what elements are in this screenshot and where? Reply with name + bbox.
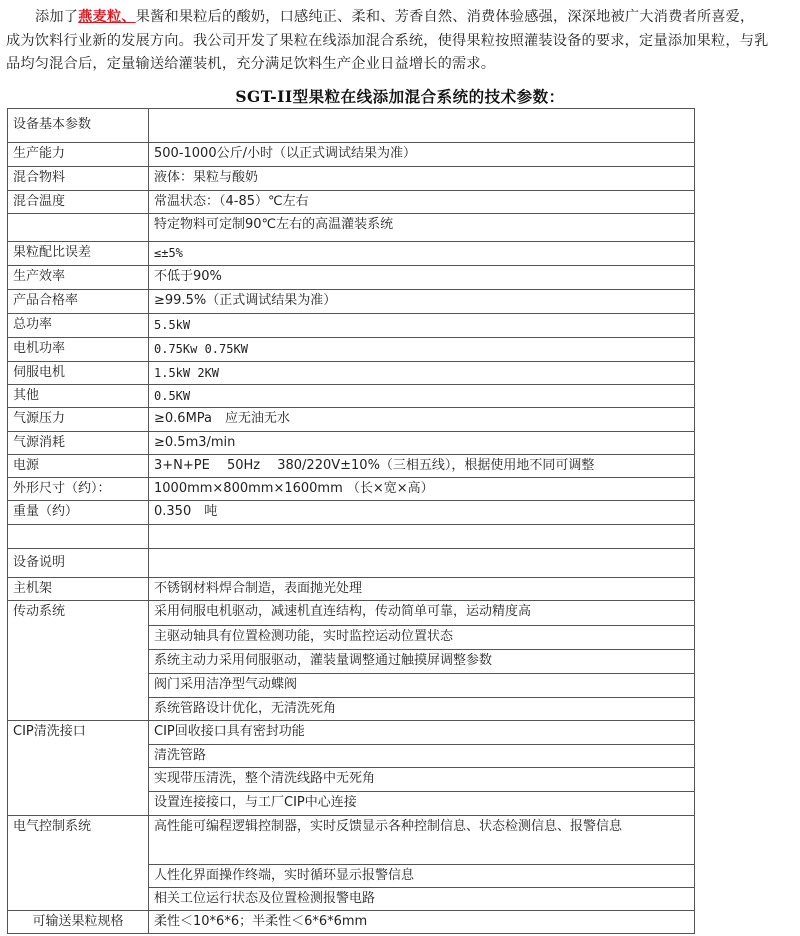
table-row-section-basic: 设备基本参数	[8, 109, 695, 143]
row-value: 5.5kW	[149, 314, 695, 338]
table-row: 伺服电机 1.5kW 2KW	[8, 362, 695, 385]
intro-line-3: 品均匀混合后，定量输送给灌装机，充分满足饮料生产企业日益增长的需求。	[6, 53, 798, 77]
row-value: 1000mm×800mm×1600mm （长×宽×高）	[149, 478, 695, 501]
row-value: 柔性＜10*6*6；半柔性＜6*6*6mm	[149, 911, 695, 934]
row-value: CIP回收接口具有密封功能	[149, 721, 695, 745]
row-value: 液体：果粒与酸奶	[149, 167, 695, 191]
empty-cell	[8, 525, 149, 549]
row-value: 清洗管路	[149, 745, 695, 768]
row-value: 0.75Kw 0.75KW	[149, 338, 695, 362]
table-row: 混合物料 液体：果粒与酸奶	[8, 167, 695, 191]
intro-line-2: 成为饮料行业新的发展方向。我公司开发了果粒在线添加混合系统，使得果粒按照灌装设备…	[6, 30, 798, 54]
table-row: 其他 0.5KW	[8, 385, 695, 408]
row-value: 0.5KW	[149, 385, 695, 408]
section-header-description: 设备说明	[8, 549, 149, 578]
row-value: ≥0.5m3/min	[149, 432, 695, 455]
table-row: 生产能力 500-1000公斤/小时（以正式调试结果为准）	[8, 143, 695, 167]
empty-cell	[149, 109, 695, 143]
row-value: ≥0.6MPa 应无油无水	[149, 408, 695, 432]
table-row: 主机架 不锈钢材料焊合制造，表面抛光处理	[8, 578, 695, 601]
section-header-basic: 设备基本参数	[8, 109, 149, 143]
row-value: 高性能可编程逻辑控制器，实时反馈显示各种控制信息、状态检测信息、报警信息	[149, 816, 695, 865]
row-value: 常温状态：（4-85）℃左右	[149, 191, 695, 214]
row-label: 气源压力	[8, 408, 149, 432]
row-value: 相关工位运行状态及位置检测报警电路	[149, 888, 695, 911]
row-label: 伺服电机	[8, 362, 149, 385]
row-label: CIP清洗接口	[8, 721, 149, 816]
row-value: 3+N+PE 50Hz 380/220V±10%（三相五线），根据使用地不同可调…	[149, 455, 695, 478]
table-row-section-desc: 设备说明	[8, 549, 695, 578]
row-label: 气源消耗	[8, 432, 149, 455]
highlight-link[interactable]: 燕麦粒、	[78, 9, 136, 25]
row-label: 生产能力	[8, 143, 149, 167]
row-label: 混合物料	[8, 167, 149, 191]
row-value: 系统管路设计优化，无清洗死角	[149, 698, 695, 721]
row-label: 可输送果粒规格	[8, 911, 149, 934]
row-value: 阀门采用洁净型气动蝶阀	[149, 674, 695, 698]
row-value: 实现带压清洗，整个清洗线路中无死角	[149, 768, 695, 792]
spec-table: 设备基本参数 生产能力 500-1000公斤/小时（以正式调试结果为准） 混合物…	[7, 108, 695, 934]
row-label	[8, 214, 149, 242]
row-value: 特定物料可定制90℃左右的高温灌装系统	[149, 214, 695, 242]
row-label: 电气控制系统	[8, 816, 149, 911]
table-row: 电气控制系统 高性能可编程逻辑控制器，实时反馈显示各种控制信息、状态检测信息、报…	[8, 816, 695, 865]
table-row: 外形尺寸（约）： 1000mm×800mm×1600mm （长×宽×高）	[8, 478, 695, 501]
empty-cell	[149, 525, 695, 549]
table-row: 电源 3+N+PE 50Hz 380/220V±10%（三相五线），根据使用地不…	[8, 455, 695, 478]
row-label: 电机功率	[8, 338, 149, 362]
row-label: 其他	[8, 385, 149, 408]
row-label: 电源	[8, 455, 149, 478]
table-row: 传动系统 采用伺服电机驱动，减速机直连结构，传动简单可靠，运动精度高	[8, 601, 695, 626]
row-label: 混合温度	[8, 191, 149, 214]
row-value: 1.5kW 2KW	[149, 362, 695, 385]
row-label: 传动系统	[8, 601, 149, 721]
table-row: 产品合格率 ≥99.5%（正式调试结果为准）	[8, 290, 695, 314]
table-row: CIP清洗接口 CIP回收接口具有密封功能	[8, 721, 695, 745]
table-row: 电机功率 0.75Kw 0.75KW	[8, 338, 695, 362]
row-value: 0.350 吨	[149, 501, 695, 525]
row-label: 总功率	[8, 314, 149, 338]
table-row: 混合温度 常温状态：（4-85）℃左右	[8, 191, 695, 214]
intro-prefix: 添加了	[35, 9, 78, 25]
table-row: 可输送果粒规格 柔性＜10*6*6；半柔性＜6*6*6mm	[8, 911, 695, 934]
intro-paragraph: 添加了燕麦粒、果酱和果粒后的酸奶，口感纯正、柔和、芳香自然、消费体验感强，深深地…	[6, 6, 798, 77]
table-row: 果粒配比误差 ≤±5%	[8, 242, 695, 266]
row-value: 采用伺服电机驱动，减速机直连结构，传动简单可靠，运动精度高	[149, 601, 695, 626]
empty-cell	[149, 549, 695, 578]
row-value: 500-1000公斤/小时（以正式调试结果为准）	[149, 143, 695, 167]
row-value: 设置连接接口，与工厂CIP中心连接	[149, 792, 695, 816]
row-label: 果粒配比误差	[8, 242, 149, 266]
spec-title: SGT-II型果粒在线添加混合系统的技术参数：	[0, 85, 800, 107]
row-value: 人性化界面操作终端，实时循环显示报警信息	[149, 865, 695, 888]
row-value: 系统主动力采用伺服驱动，灌装量调整通过触摸屏调整参数	[149, 650, 695, 674]
table-row: 生产效率 不低于90%	[8, 266, 695, 290]
row-value: ≤±5%	[149, 242, 695, 266]
row-label: 外形尺寸（约）：	[8, 478, 149, 501]
table-row: 总功率 5.5kW	[8, 314, 695, 338]
table-row: 特定物料可定制90℃左右的高温灌装系统	[8, 214, 695, 242]
table-row: 气源压力 ≥0.6MPa 应无油无水	[8, 408, 695, 432]
intro-rest: 果酱和果粒后的酸奶，口感纯正、柔和、芳香自然、消费体验感强，深深地被广大消费者所…	[136, 9, 755, 25]
intro-line-1: 添加了燕麦粒、果酱和果粒后的酸奶，口感纯正、柔和、芳香自然、消费体验感强，深深地…	[6, 6, 798, 30]
row-label: 生产效率	[8, 266, 149, 290]
table-row-empty	[8, 525, 695, 549]
row-label: 主机架	[8, 578, 149, 601]
row-label: 重量（约）	[8, 501, 149, 525]
table-row: 气源消耗 ≥0.5m3/min	[8, 432, 695, 455]
table-row: 重量（约） 0.350 吨	[8, 501, 695, 525]
row-value: 不锈钢材料焊合制造，表面抛光处理	[149, 578, 695, 601]
row-value: ≥99.5%（正式调试结果为准）	[149, 290, 695, 314]
row-value: 不低于90%	[149, 266, 695, 290]
row-value: 主驱动轴具有位置检测功能，实时监控运动位置状态	[149, 626, 695, 650]
row-label: 产品合格率	[8, 290, 149, 314]
